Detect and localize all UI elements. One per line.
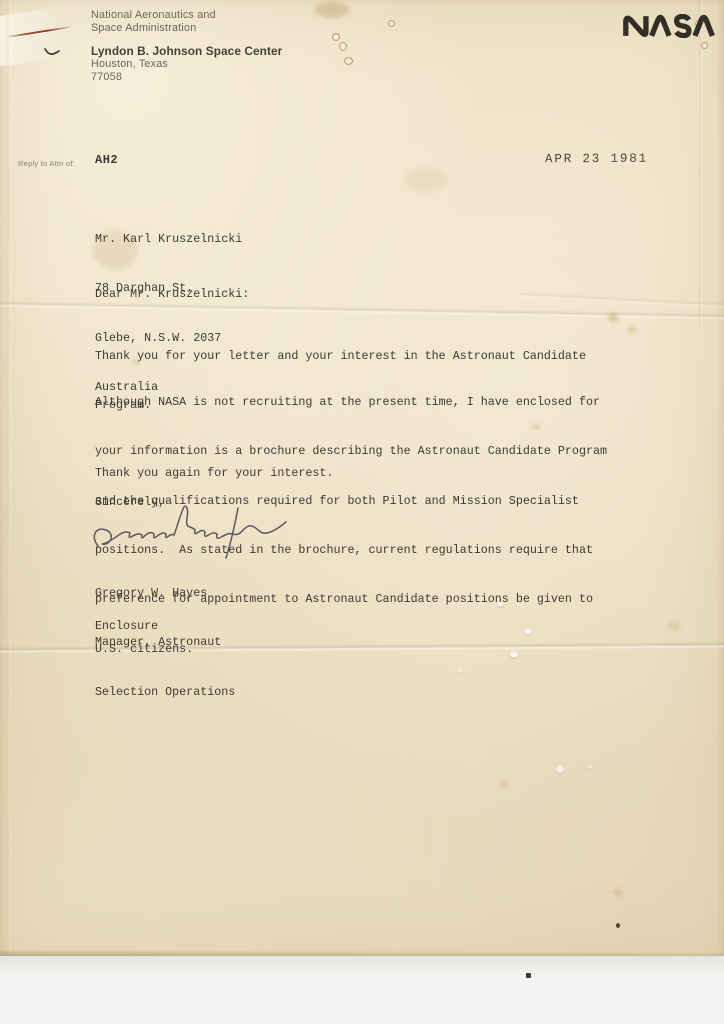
stain-spot <box>500 782 509 789</box>
dark-speck <box>616 923 620 928</box>
paper-speck <box>388 20 395 27</box>
paper-speck <box>701 42 708 49</box>
stain-spot <box>614 889 622 896</box>
nasa-worm-logo-icon <box>622 14 717 38</box>
reply-attn-code: AH2 <box>95 152 118 168</box>
paper-speck <box>332 33 340 41</box>
recipient-line: Mr. Karl Kruszelnicki <box>95 231 242 247</box>
agency-name-line1: National Aeronautics and <box>91 9 282 22</box>
stain-spot <box>608 313 618 322</box>
stain-spot <box>405 168 447 192</box>
paper-speck <box>344 57 353 65</box>
fold-crease-upper-right <box>520 291 724 310</box>
paragraph-3: Thank you again for your interest. <box>95 465 333 481</box>
signature-block: Gregory W. Hayes Manager, Astronaut Sele… <box>95 552 235 733</box>
center-name: Lyndon B. Johnson Space Center <box>91 44 282 58</box>
signer-title: Selection Operations <box>95 684 235 700</box>
edge-crease-left <box>6 0 11 956</box>
signer-name: Gregory W. Hayes <box>95 585 235 601</box>
edge-crease-right <box>698 0 703 330</box>
enclosure-note: Enclosure <box>95 618 158 634</box>
paper-speck <box>556 766 564 773</box>
letterhead: National Aeronautics and Space Administr… <box>91 9 282 84</box>
paper-speck <box>588 765 592 769</box>
pen-mark <box>44 47 61 58</box>
center-city: Houston, Texas <box>91 58 282 71</box>
stain-spot <box>628 326 636 333</box>
agency-name-line2: Space Administration <box>91 22 282 35</box>
letter-page: National Aeronautics and Space Administr… <box>0 0 724 956</box>
signer-title: Manager, Astronaut <box>95 634 235 650</box>
reply-attn-label: Reply to Attn of: <box>18 159 75 168</box>
stain-spot <box>668 622 680 631</box>
stain-spot <box>315 2 349 18</box>
dark-speck <box>526 973 531 978</box>
paper-speck <box>339 42 347 51</box>
scanner-background <box>0 956 724 1024</box>
date-stamp: APR 23 1981 <box>545 151 648 168</box>
center-zip: 77058 <box>91 71 282 84</box>
salutation: Dear Mr. Kruszelnicki: <box>95 286 249 302</box>
body-line: your information is a brochure describin… <box>95 443 607 459</box>
body-line: Although NASA is not recruiting at the p… <box>95 394 607 410</box>
scanned-letter: National Aeronautics and Space Administr… <box>0 0 724 1024</box>
